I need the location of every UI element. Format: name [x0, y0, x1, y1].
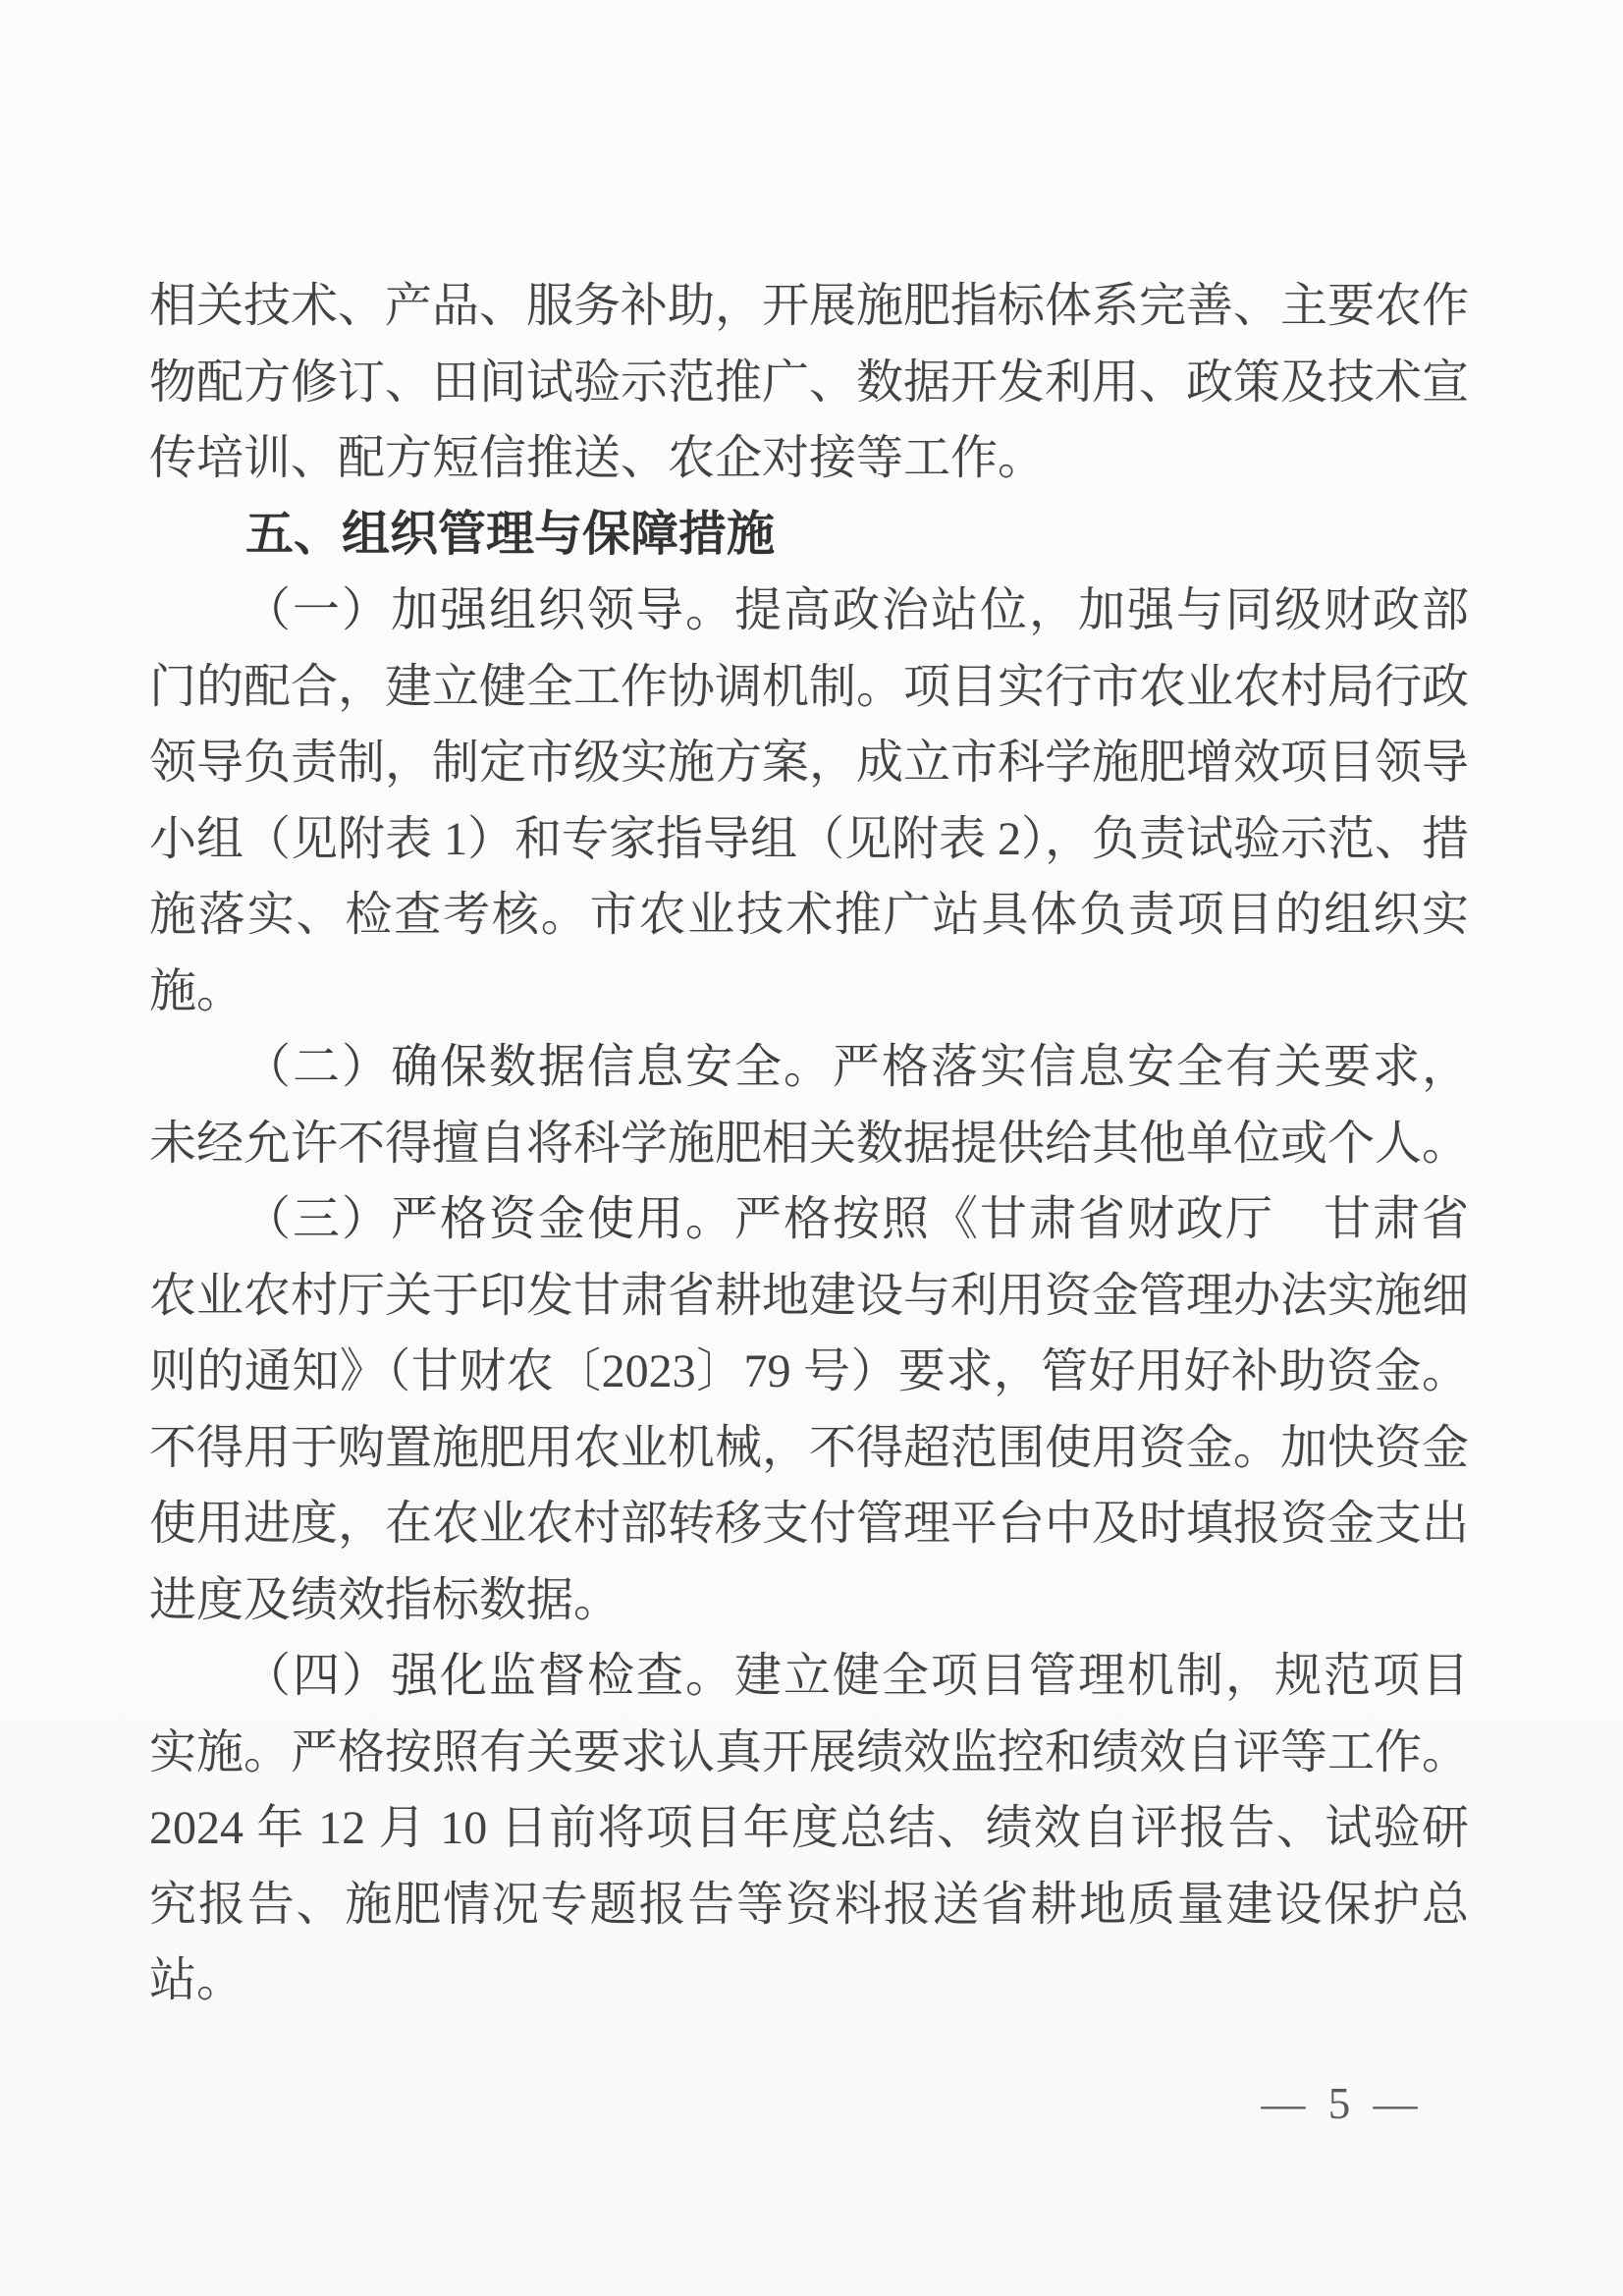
paragraph-4-lead: （四）强化监督检查。	[243, 1650, 734, 1702]
document-body: 相关技术、产品、服务补助，开展施肥指标体系完善、主要农作物配方修订、田间试验示范…	[149, 268, 1469, 2019]
paragraph-2-lead: （二）确保数据信息安全。	[243, 1041, 833, 1093]
paragraph-1-text: 提高政治站位，加强与同级财政部门的配合，建立健全工作协调机制。项目实行市农业农村…	[149, 584, 1469, 1017]
paragraph-4-text: 建立健全项目管理机制，规范项目实施。严格按照有关要求认真开展绩效监控和绩效自评等…	[149, 1650, 1469, 2006]
paragraph-3-text: 严格按照《甘肃省财政厅 甘肃省农业农村厅关于印发甘肃省耕地建设与利用资金管理办法…	[149, 1193, 1469, 1626]
paragraph-1: （一）加强组织领导。提高政治站位，加强与同级财政部门的配合，建立健全工作协调机制…	[149, 573, 1469, 1029]
paragraph-3: （三）严格资金使用。严格按照《甘肃省财政厅 甘肃省农业农村厅关于印发甘肃省耕地建…	[149, 1181, 1469, 1638]
paragraph-4: （四）强化监督检查。建立健全项目管理机制，规范项目实施。严格按照有关要求认真开展…	[149, 1638, 1469, 2019]
section-heading: 五、组织管理与保障措施	[149, 497, 1469, 574]
document-page: 相关技术、产品、服务补助，开展施肥指标体系完善、主要农作物配方修订、田间试验示范…	[0, 0, 1623, 2296]
paragraph-continuation: 相关技术、产品、服务补助，开展施肥指标体系完善、主要农作物配方修订、田间试验示范…	[149, 268, 1469, 497]
paragraph-3-lead: （三）严格资金使用。	[243, 1193, 734, 1245]
paragraph-2: （二）确保数据信息安全。严格落实信息安全有关要求，未经允许不得擅自将科学施肥相关…	[149, 1029, 1469, 1181]
page-number: — 5 —	[1249, 2074, 1435, 2133]
paragraph-1-lead: （一）加强组织领导。	[243, 584, 734, 636]
